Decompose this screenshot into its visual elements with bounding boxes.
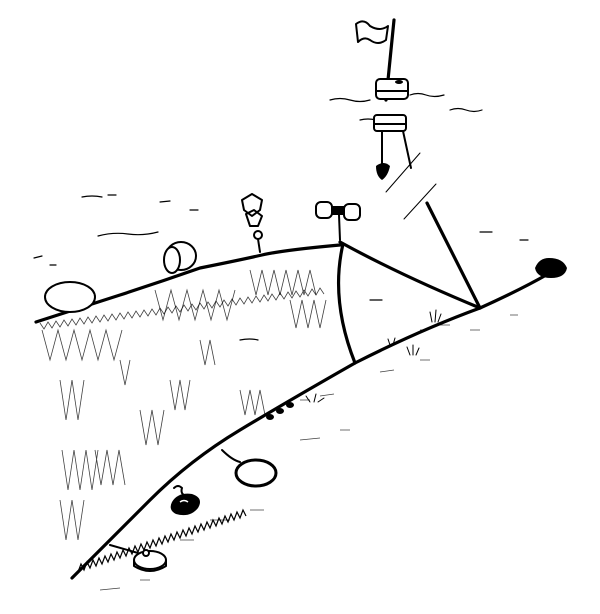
disc-weight bbox=[110, 545, 166, 571]
footrope-weights bbox=[110, 402, 294, 571]
oval-float bbox=[45, 282, 95, 312]
gillnet-illustration bbox=[0, 0, 600, 614]
bridle bbox=[339, 242, 548, 363]
headline-floats bbox=[45, 194, 360, 312]
grass-tuft bbox=[430, 310, 441, 322]
anchor-stone bbox=[535, 258, 567, 278]
grass-tuft bbox=[407, 345, 419, 355]
ring-weight bbox=[222, 450, 276, 486]
marker-buoy bbox=[356, 20, 411, 180]
cluster-float bbox=[242, 194, 262, 252]
grass-tuft bbox=[306, 394, 324, 402]
buoy-line bbox=[427, 203, 480, 308]
stone-sinker bbox=[171, 486, 200, 515]
seabed bbox=[100, 310, 518, 590]
water-surface bbox=[34, 94, 528, 341]
paired-float bbox=[316, 202, 360, 240]
cylinder-float bbox=[164, 242, 196, 273]
flag-icon bbox=[356, 21, 388, 43]
